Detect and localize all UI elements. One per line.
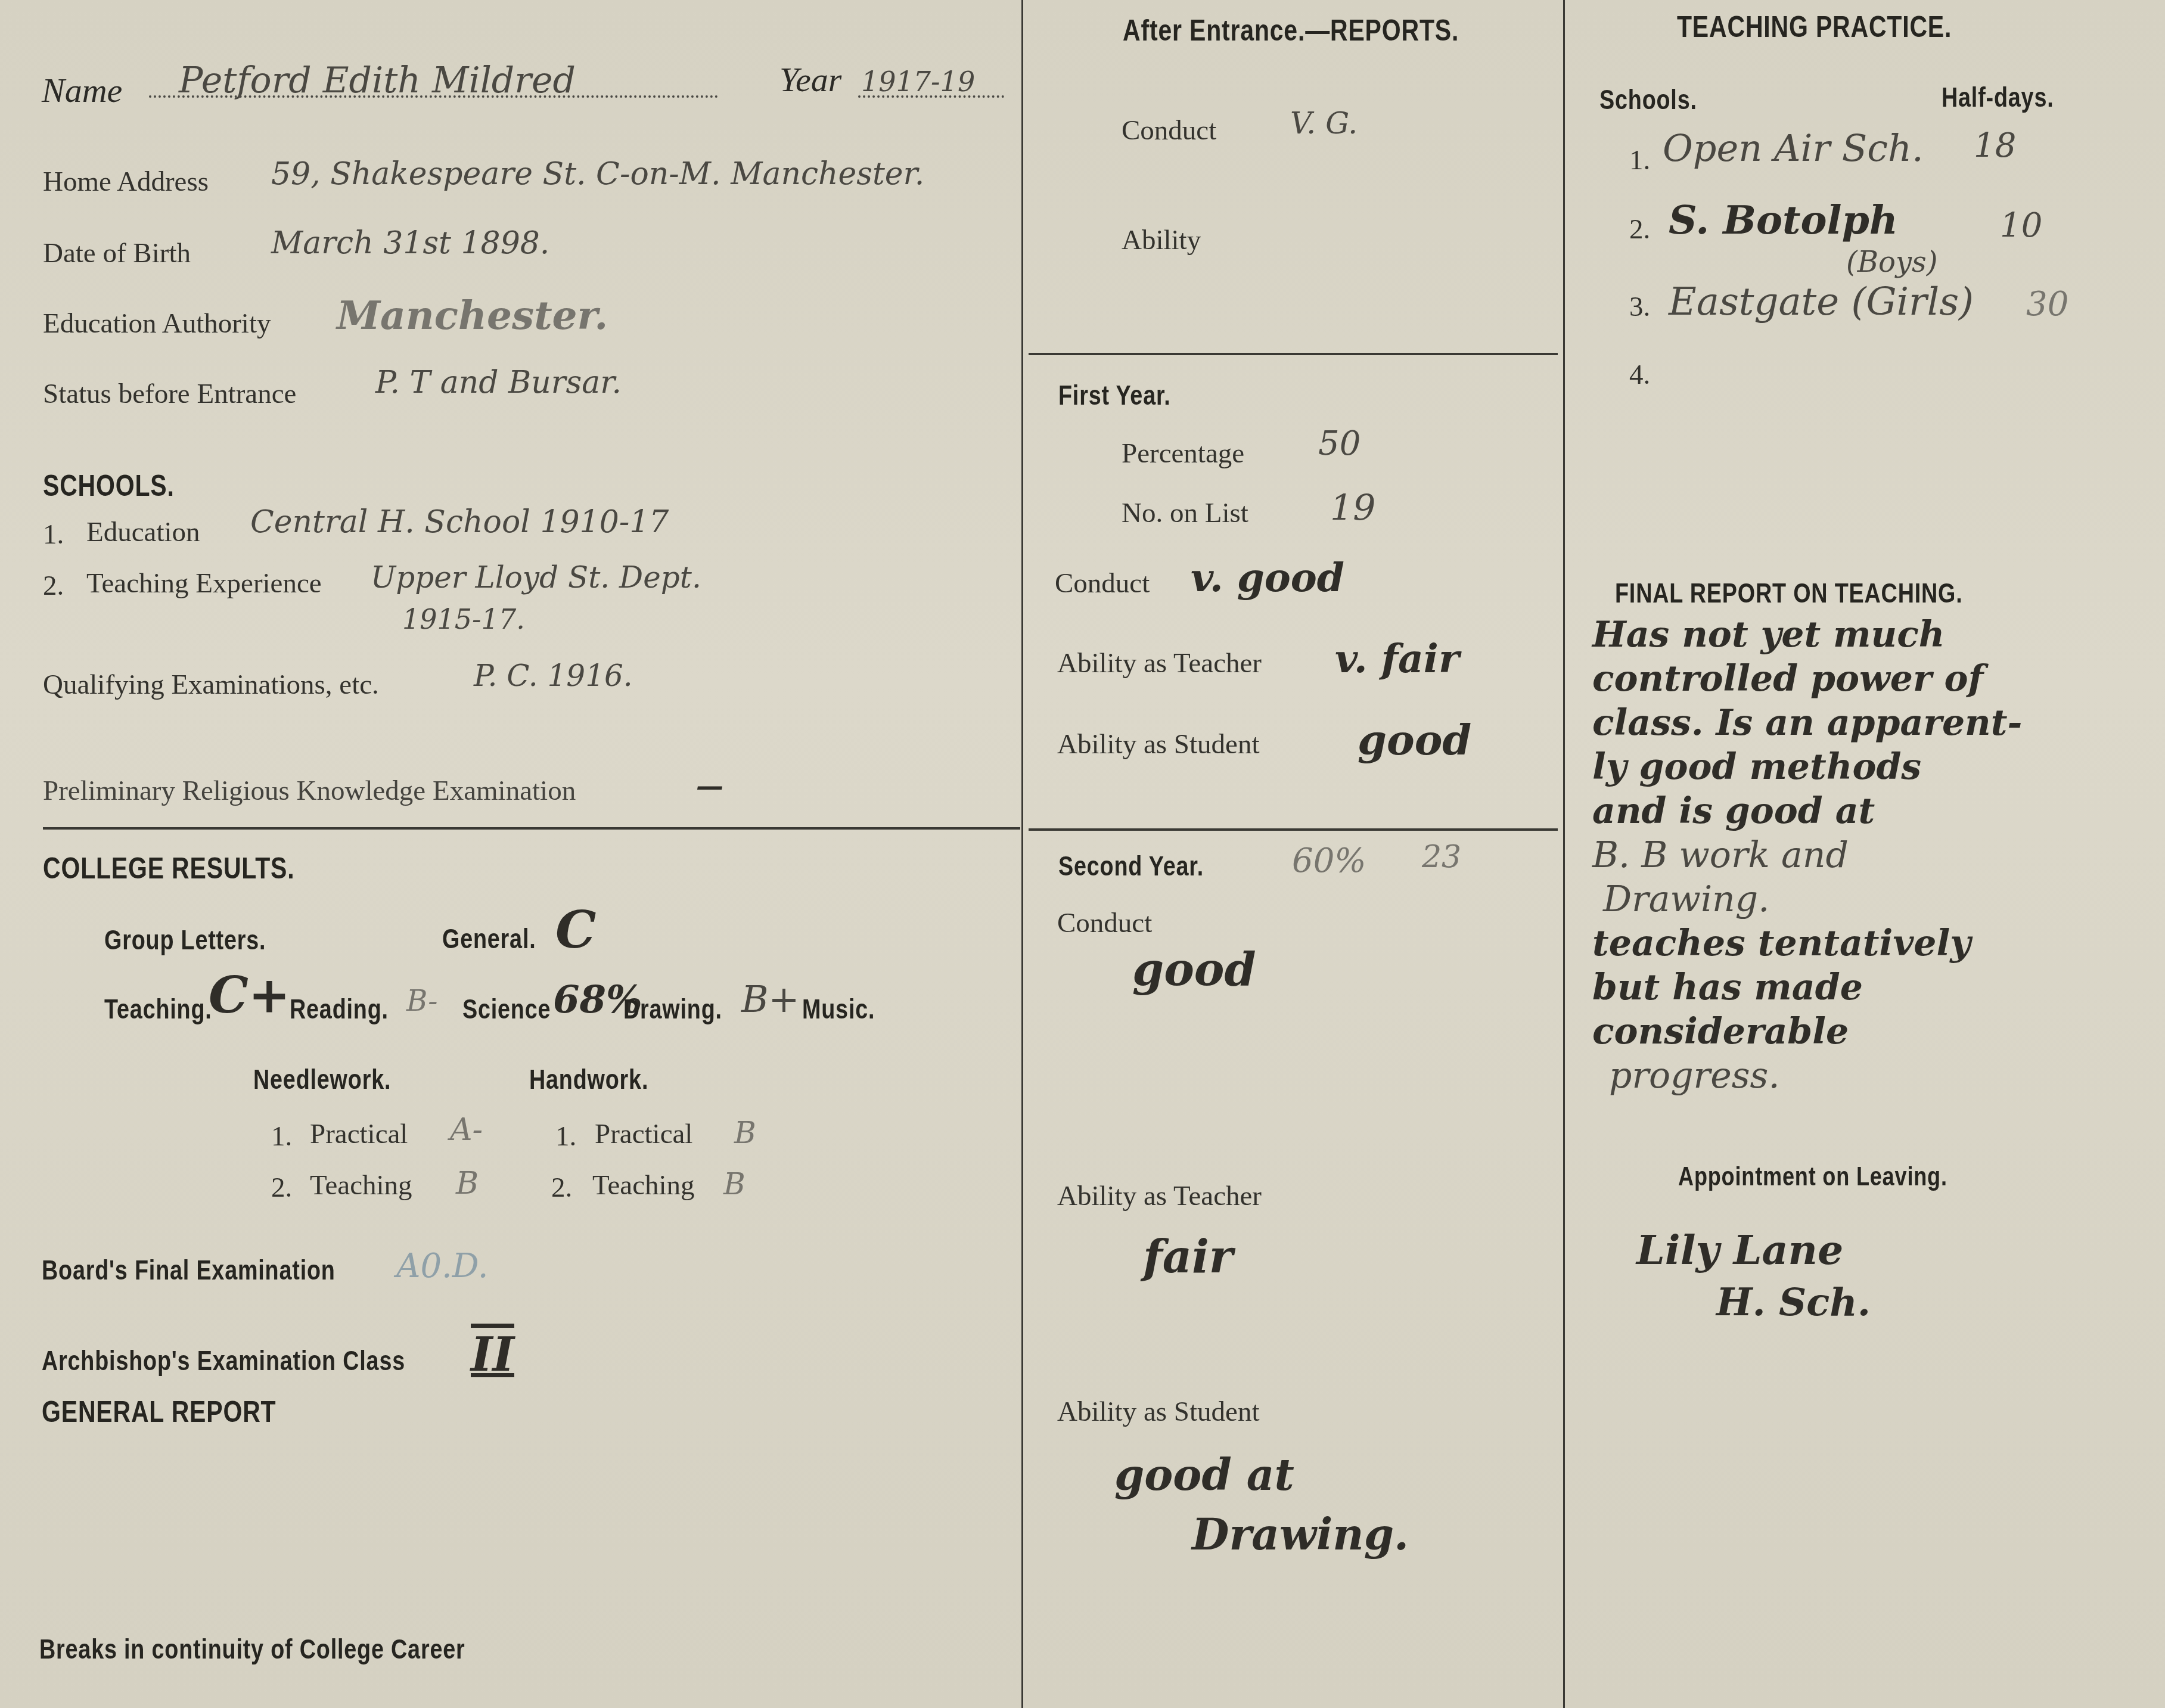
handwork-teaching-value: B xyxy=(723,1167,746,1201)
breaks-label: Breaks in continuity of College Career xyxy=(39,1633,465,1665)
teaching-value: C+ xyxy=(209,965,290,1024)
schools-education-value: Central H. School 1910-17 xyxy=(250,504,669,540)
practice-halfdays-1: 18 xyxy=(1974,126,2016,165)
first-year-percentage-value: 50 xyxy=(1318,424,1360,463)
appointment-heading: Appointment on Leaving. xyxy=(1678,1162,1947,1192)
dob-label: Date of Birth xyxy=(43,237,191,269)
religious-value: — xyxy=(696,770,723,802)
needlework-label: Needlework. xyxy=(253,1063,391,1095)
second-year-heading: Second Year. xyxy=(1058,850,1204,882)
appointment-line-2: H. Sch. xyxy=(1716,1280,1871,1325)
practice-halfdays-3: 30 xyxy=(2026,285,2068,324)
second-year-student-value-line1: good at xyxy=(1114,1449,1294,1500)
name-label: Name xyxy=(42,70,122,110)
status-label: Status before Entrance xyxy=(43,378,296,410)
needlework-practical-value: A- xyxy=(450,1112,483,1148)
religious-label: Preliminary Religious Knowledge Examinat… xyxy=(43,775,576,807)
drawing-label: Drawing. xyxy=(623,993,722,1025)
handwork-teaching-num: 2. xyxy=(551,1172,572,1204)
first-year-teacher-label: Ability as Teacher xyxy=(1057,647,1262,679)
final-report-line: progress. xyxy=(1609,1055,1779,1097)
archbishop-value: II xyxy=(471,1328,514,1382)
teaching-practice-heading: TEACHING PRACTICE. xyxy=(1677,10,1952,44)
second-year-student-label: Ability as Student xyxy=(1057,1396,1259,1428)
boards-final-value: A0.D. xyxy=(396,1247,489,1285)
handwork-practical-label: Practical xyxy=(595,1118,692,1150)
first-year-conduct-label: Conduct xyxy=(1055,567,1150,600)
college-results-heading: COLLEGE RESULTS. xyxy=(43,851,294,886)
practice-halfdays-2: 10 xyxy=(2000,206,2042,245)
handwork-practical-value: B xyxy=(734,1116,756,1150)
education-authority-value: Manchester. xyxy=(337,292,608,339)
final-report-heading: FINAL REPORT ON TEACHING. xyxy=(1615,577,1963,609)
needlework-practical-num: 1. xyxy=(271,1120,292,1153)
general-value: C xyxy=(555,900,596,960)
practice-school-3: Eastgate (Girls) xyxy=(1669,280,1974,324)
practice-num-1: 1. xyxy=(1629,144,1650,176)
needlework-teaching-value: B xyxy=(456,1166,479,1201)
practice-school-1: Open Air Sch. xyxy=(1663,126,1924,170)
first-year-student-value: good xyxy=(1358,715,1471,765)
teaching-label: Teaching. xyxy=(104,993,212,1025)
final-report-line: teaches tentatively xyxy=(1592,923,1971,964)
reports-rule-1 xyxy=(1029,353,1558,355)
second-year-teacher-label: Ability as Teacher xyxy=(1057,1180,1262,1212)
final-report-line: considerable xyxy=(1592,1011,1849,1052)
handwork-label: Handwork. xyxy=(529,1063,648,1095)
year-label: Year xyxy=(779,60,841,100)
appointment-line-1: Lily Lane xyxy=(1636,1226,1843,1274)
year-value: 1917-19 xyxy=(861,66,975,98)
reading-label: Reading. xyxy=(290,993,389,1025)
first-year-conduct-value: v. good xyxy=(1191,554,1344,601)
schools-teaching-experience-value: Upper Lloyd St. Dept. xyxy=(371,560,701,595)
schools-num-1: 1. xyxy=(43,518,64,551)
practice-school-2-note: (Boys) xyxy=(1846,246,1937,279)
practice-num-2: 2. xyxy=(1629,213,1650,246)
final-report-line: Drawing. xyxy=(1603,878,1769,920)
final-report-line: Has not yet much xyxy=(1592,614,1945,656)
handwork-teaching-label: Teaching xyxy=(592,1169,695,1201)
handwork-practical-num: 1. xyxy=(555,1120,576,1153)
archbishop-label: Archbishop's Examination Class xyxy=(42,1344,405,1377)
final-report-line: but has made xyxy=(1592,967,1863,1008)
qualifying-value: P. C. 1916. xyxy=(474,659,633,693)
drawing-value: B+ xyxy=(741,977,800,1021)
schools-teaching-experience-label: Teaching Experience xyxy=(86,567,322,600)
qualifying-label: Qualifying Examinations, etc. xyxy=(43,669,379,701)
home-address-value: 59, Shakespeare St. C-on-M. Manchester. xyxy=(271,156,924,192)
final-report-line: and is good at xyxy=(1592,790,1875,832)
group-letters-label: Group Letters. xyxy=(104,924,266,956)
practice-num-3: 3. xyxy=(1629,291,1650,323)
schools-teaching-experience-years: 1915-17. xyxy=(402,603,525,635)
practice-school-2: S. Botolph xyxy=(1669,197,1898,243)
general-label: General. xyxy=(442,923,536,955)
second-year-conduct-value: good xyxy=(1132,943,1256,996)
schools-heading: SCHOOLS. xyxy=(43,468,175,503)
reports-heading: After Entrance.—REPORTS. xyxy=(1123,13,1459,48)
second-year-teacher-value: fair xyxy=(1143,1230,1233,1283)
dob-value: March 31st 1898. xyxy=(271,225,549,261)
practice-num-4: 4. xyxy=(1629,359,1650,391)
schools-education-label: Education xyxy=(86,516,200,548)
needlework-practical-label: Practical xyxy=(310,1118,408,1150)
final-report-line: ly good methods xyxy=(1592,746,1921,788)
schools-num-2: 2. xyxy=(43,570,64,602)
first-year-heading: First Year. xyxy=(1058,379,1171,411)
left-section-rule xyxy=(43,827,1020,830)
name-value: Petford Edith Mildred xyxy=(179,60,576,101)
status-value: P. T and Bursar. xyxy=(375,365,622,400)
science-label: Science xyxy=(462,993,551,1025)
column-divider-right xyxy=(1563,0,1565,1708)
entrance-conduct-value: V. G. xyxy=(1290,106,1358,141)
reports-rule-2 xyxy=(1029,828,1558,831)
needlework-teaching-num: 2. xyxy=(271,1172,292,1204)
column-divider-left xyxy=(1021,0,1023,1708)
final-report-line: B. B work and xyxy=(1592,834,1849,876)
second-year-percentage-value: 60% xyxy=(1292,841,1366,880)
entrance-conduct-label: Conduct xyxy=(1122,114,1216,147)
final-report-line: class. Is an apparent- xyxy=(1592,702,2022,744)
schools-column-label: Schools. xyxy=(1599,83,1697,116)
home-address-label: Home Address xyxy=(43,166,209,198)
first-year-list-label: No. on List xyxy=(1122,497,1248,529)
halfdays-column-label: Half-days. xyxy=(1942,81,2054,113)
music-label: Music. xyxy=(802,993,875,1025)
first-year-student-label: Ability as Student xyxy=(1057,728,1259,760)
second-year-list-value: 23 xyxy=(1422,839,1461,875)
reading-value: B- xyxy=(406,985,437,1018)
needlework-teaching-label: Teaching xyxy=(310,1169,412,1201)
first-year-teacher-value: v. fair xyxy=(1335,635,1459,682)
second-year-student-value-line2: Drawing. xyxy=(1192,1509,1409,1560)
education-authority-label: Education Authority xyxy=(43,308,271,340)
first-year-percentage-label: Percentage xyxy=(1122,437,1244,470)
general-report-label: GENERAL REPORT xyxy=(42,1395,276,1429)
entrance-ability-label: Ability xyxy=(1122,224,1201,256)
boards-final-label: Board's Final Examination xyxy=(42,1254,336,1286)
second-year-conduct-label: Conduct xyxy=(1057,907,1152,939)
final-report-line: controlled power of xyxy=(1592,658,1983,700)
first-year-list-value: 19 xyxy=(1330,487,1375,529)
